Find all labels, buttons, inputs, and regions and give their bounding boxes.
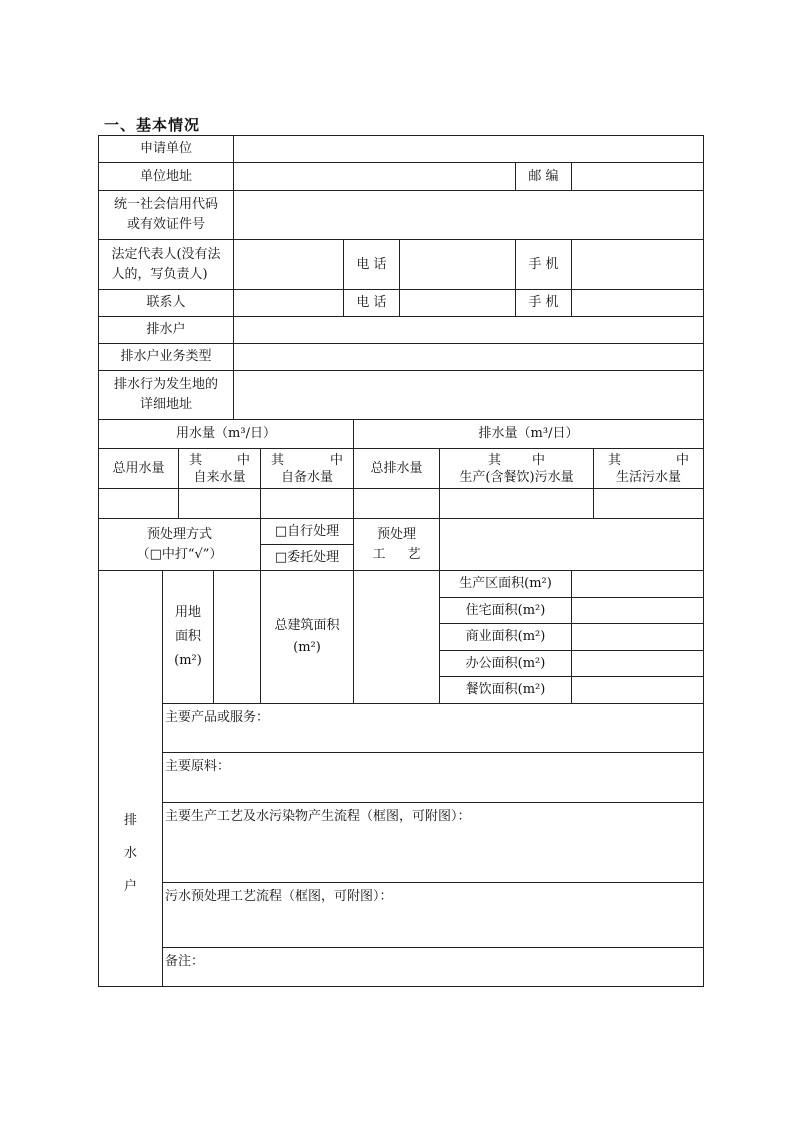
area-item-label: 住宅面积(m²) [440,598,572,624]
legal-rep-phone-label: 电 话 [344,240,400,290]
qizhong-text: 其 [608,452,621,469]
credit-code-label: 统一社会信用代码或有效证件号 [99,191,234,240]
qizhong-text: 中 [676,452,689,469]
domestic-sewage-label: 生活污水量 [616,469,681,486]
total-usage-field[interactable] [99,489,179,519]
pretreatment-process-line1: 预处理 [377,525,416,545]
legal-rep-field[interactable] [234,240,344,290]
land-area-line: 用地 [175,601,201,625]
pretreatment-method-line1: 预处理方式 [147,525,212,545]
self-treatment-checkbox[interactable]: □自行处理 [261,519,354,545]
area-item-label: 生产区面积(m²) [440,571,572,598]
legal-rep-label-line1: 法定代表人(没有法 [111,245,220,265]
sewage-process-field[interactable]: 污水预处理工艺流程（框图，可附图）： [163,883,704,948]
main-materials-field[interactable]: 主要原料： [163,753,704,803]
land-area-label: 用地 面积 (m²) [163,571,214,704]
building-area-line2: (m²) [293,637,321,659]
legal-rep-label: 法定代表人(没有法人的，写负责人) [99,240,234,290]
location-label-line1: 排水行为发生地的 [114,375,218,395]
pretreatment-process-label: 预处理 工艺 [354,519,440,571]
contact-field[interactable] [234,290,344,317]
main-products-field[interactable]: 主要产品或服务： [163,704,704,753]
area-item-label: 办公面积(m²) [440,651,572,677]
water-discharge-header: 排水量（m³/日） [354,420,704,449]
domestic-sewage-field[interactable] [594,489,704,519]
pretreatment-process-field[interactable] [440,519,704,571]
credit-code-field[interactable] [234,191,704,240]
side-label-char: 排 [124,804,137,837]
office-area-field[interactable] [572,651,704,677]
production-sewage-field[interactable] [440,489,594,519]
location-label-line2: 详细地址 [140,395,192,415]
legal-rep-mobile-label: 手 机 [516,240,572,290]
qizhong-text: 中 [330,452,343,469]
business-type-label: 排水户业务类型 [99,344,234,371]
building-area-line1: 总建筑面积 [274,615,339,637]
legal-rep-mobile-field[interactable] [572,240,704,290]
total-discharge-header: 总排水量 [354,449,440,489]
main-materials-label: 主要原料： [165,757,230,777]
discharger-side-label: 排 水 户 [99,571,163,987]
sewage-process-label: 污水预处理工艺流程（框图，可附图）： [165,887,393,907]
legal-rep-label-line2: 人的，写负责人) [111,265,207,285]
side-label-char: 户 [124,870,137,903]
business-type-field[interactable] [234,344,704,371]
qizhong-text: 中 [532,452,545,469]
qizhong-text: 其 [189,452,202,469]
area-item-label: 商业面积(m²) [440,624,572,651]
postcode-field[interactable] [572,163,704,191]
credit-code-label-line1: 统一社会信用代码 [114,195,218,215]
contact-mobile-field[interactable] [572,290,704,317]
qizhong-text: 其 [271,452,284,469]
total-discharge-field[interactable] [354,489,440,519]
applicant-label: 申请单位 [99,136,234,163]
commercial-area-field[interactable] [572,624,704,651]
discharger-field[interactable] [234,317,704,344]
area-item-label: 餐饮面积(m²) [440,677,572,704]
location-label: 排水行为发生地的详细地址 [99,371,234,420]
land-area-line: (m²) [174,649,202,673]
qizhong-text: 其 [488,452,501,469]
production-process-label: 主要生产工艺及水污染物产生流程（框图，可附图）： [165,807,471,827]
pretreatment-method-line2: （□中打“√”） [137,545,223,565]
catering-area-field[interactable] [572,677,704,704]
total-usage-header: 总用水量 [99,449,179,489]
contact-phone-field[interactable] [400,290,516,317]
tap-water-field[interactable] [179,489,261,519]
process-char: 工 [372,545,385,565]
land-area-field[interactable] [214,571,261,704]
land-area-line: 面积 [175,625,201,649]
address-field[interactable] [234,163,516,191]
tap-water-header: 其中 自来水量 [179,449,261,489]
credit-code-label-line2: 或有效证件号 [127,215,205,235]
location-field[interactable] [234,371,704,420]
building-area-field[interactable] [354,571,440,704]
own-water-field[interactable] [261,489,354,519]
legal-rep-phone-field[interactable] [400,240,516,290]
residential-area-field[interactable] [572,598,704,624]
entrust-treatment-checkbox[interactable]: □委托处理 [261,545,354,571]
qizhong-text: 中 [237,452,250,469]
applicant-field[interactable] [234,136,704,163]
tap-water-label: 自来水量 [193,469,245,486]
production-area-field[interactable] [572,571,704,598]
postcode-label: 邮 编 [516,163,572,191]
production-sewage-label: 生产(含餐饮)污水量 [459,469,573,486]
water-usage-header: 用水量（m³/日） [99,420,354,449]
main-products-label: 主要产品或服务： [165,708,269,728]
domestic-sewage-header: 其中 生活污水量 [594,449,704,489]
discharger-label: 排水户 [99,317,234,344]
production-sewage-header: 其中 生产(含餐饮)污水量 [440,449,594,489]
pretreatment-method-label: 预处理方式（□中打“√”） [99,519,261,571]
own-water-label: 自备水量 [281,469,333,486]
side-label-char: 水 [124,837,137,870]
section-title: 一、基本情况 [104,114,200,135]
own-water-header: 其中 自备水量 [261,449,354,489]
contact-label: 联系人 [99,290,234,317]
address-label: 单位地址 [99,163,234,191]
remarks-field[interactable]: 备注： [163,948,704,987]
building-area-label: 总建筑面积 (m²) [261,571,354,704]
process-char: 艺 [408,545,421,565]
production-process-field[interactable]: 主要生产工艺及水污染物产生流程（框图，可附图）： [163,803,704,883]
contact-phone-label: 电 话 [344,290,400,317]
contact-mobile-label: 手 机 [516,290,572,317]
remarks-label: 备注： [165,952,204,972]
